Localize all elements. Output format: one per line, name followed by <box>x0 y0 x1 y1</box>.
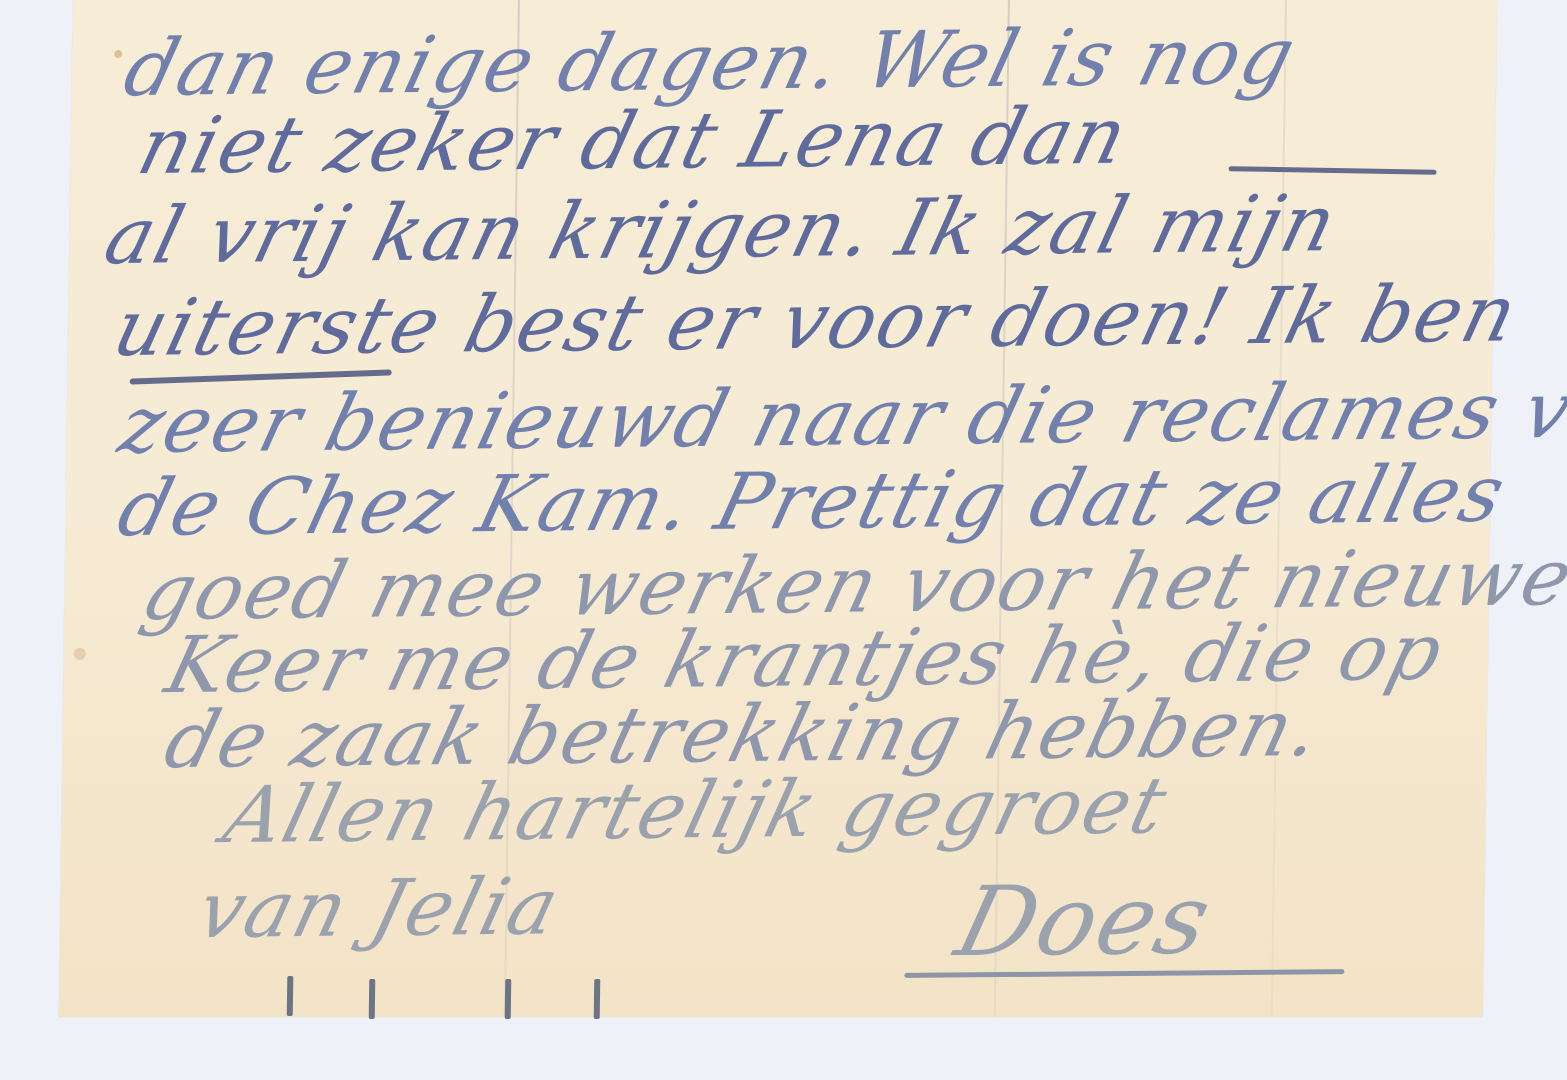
letter-paper: dan enige dagen. Wel is nog niet zeker d… <box>59 0 1497 1017</box>
underline-dan <box>1229 166 1437 175</box>
closing-line: Allen hartelijk gegroet <box>215 761 1177 861</box>
paper-stain <box>114 50 122 58</box>
letter-line-2: niet zeker dat Lena dan <box>130 92 1138 193</box>
signature: Does <box>946 863 1223 978</box>
edge-mark <box>505 979 512 1019</box>
letter-line-4: uiterste best er voor doen! Ik ben <box>105 269 1527 374</box>
letter-line-3: al vrij kan krijgen. Ik zal mijn <box>96 179 1346 282</box>
paper-stain <box>74 648 86 660</box>
edge-mark <box>369 979 376 1019</box>
closing-from: van Jelia <box>189 862 569 956</box>
edge-mark <box>594 979 601 1019</box>
edge-mark <box>287 976 294 1016</box>
